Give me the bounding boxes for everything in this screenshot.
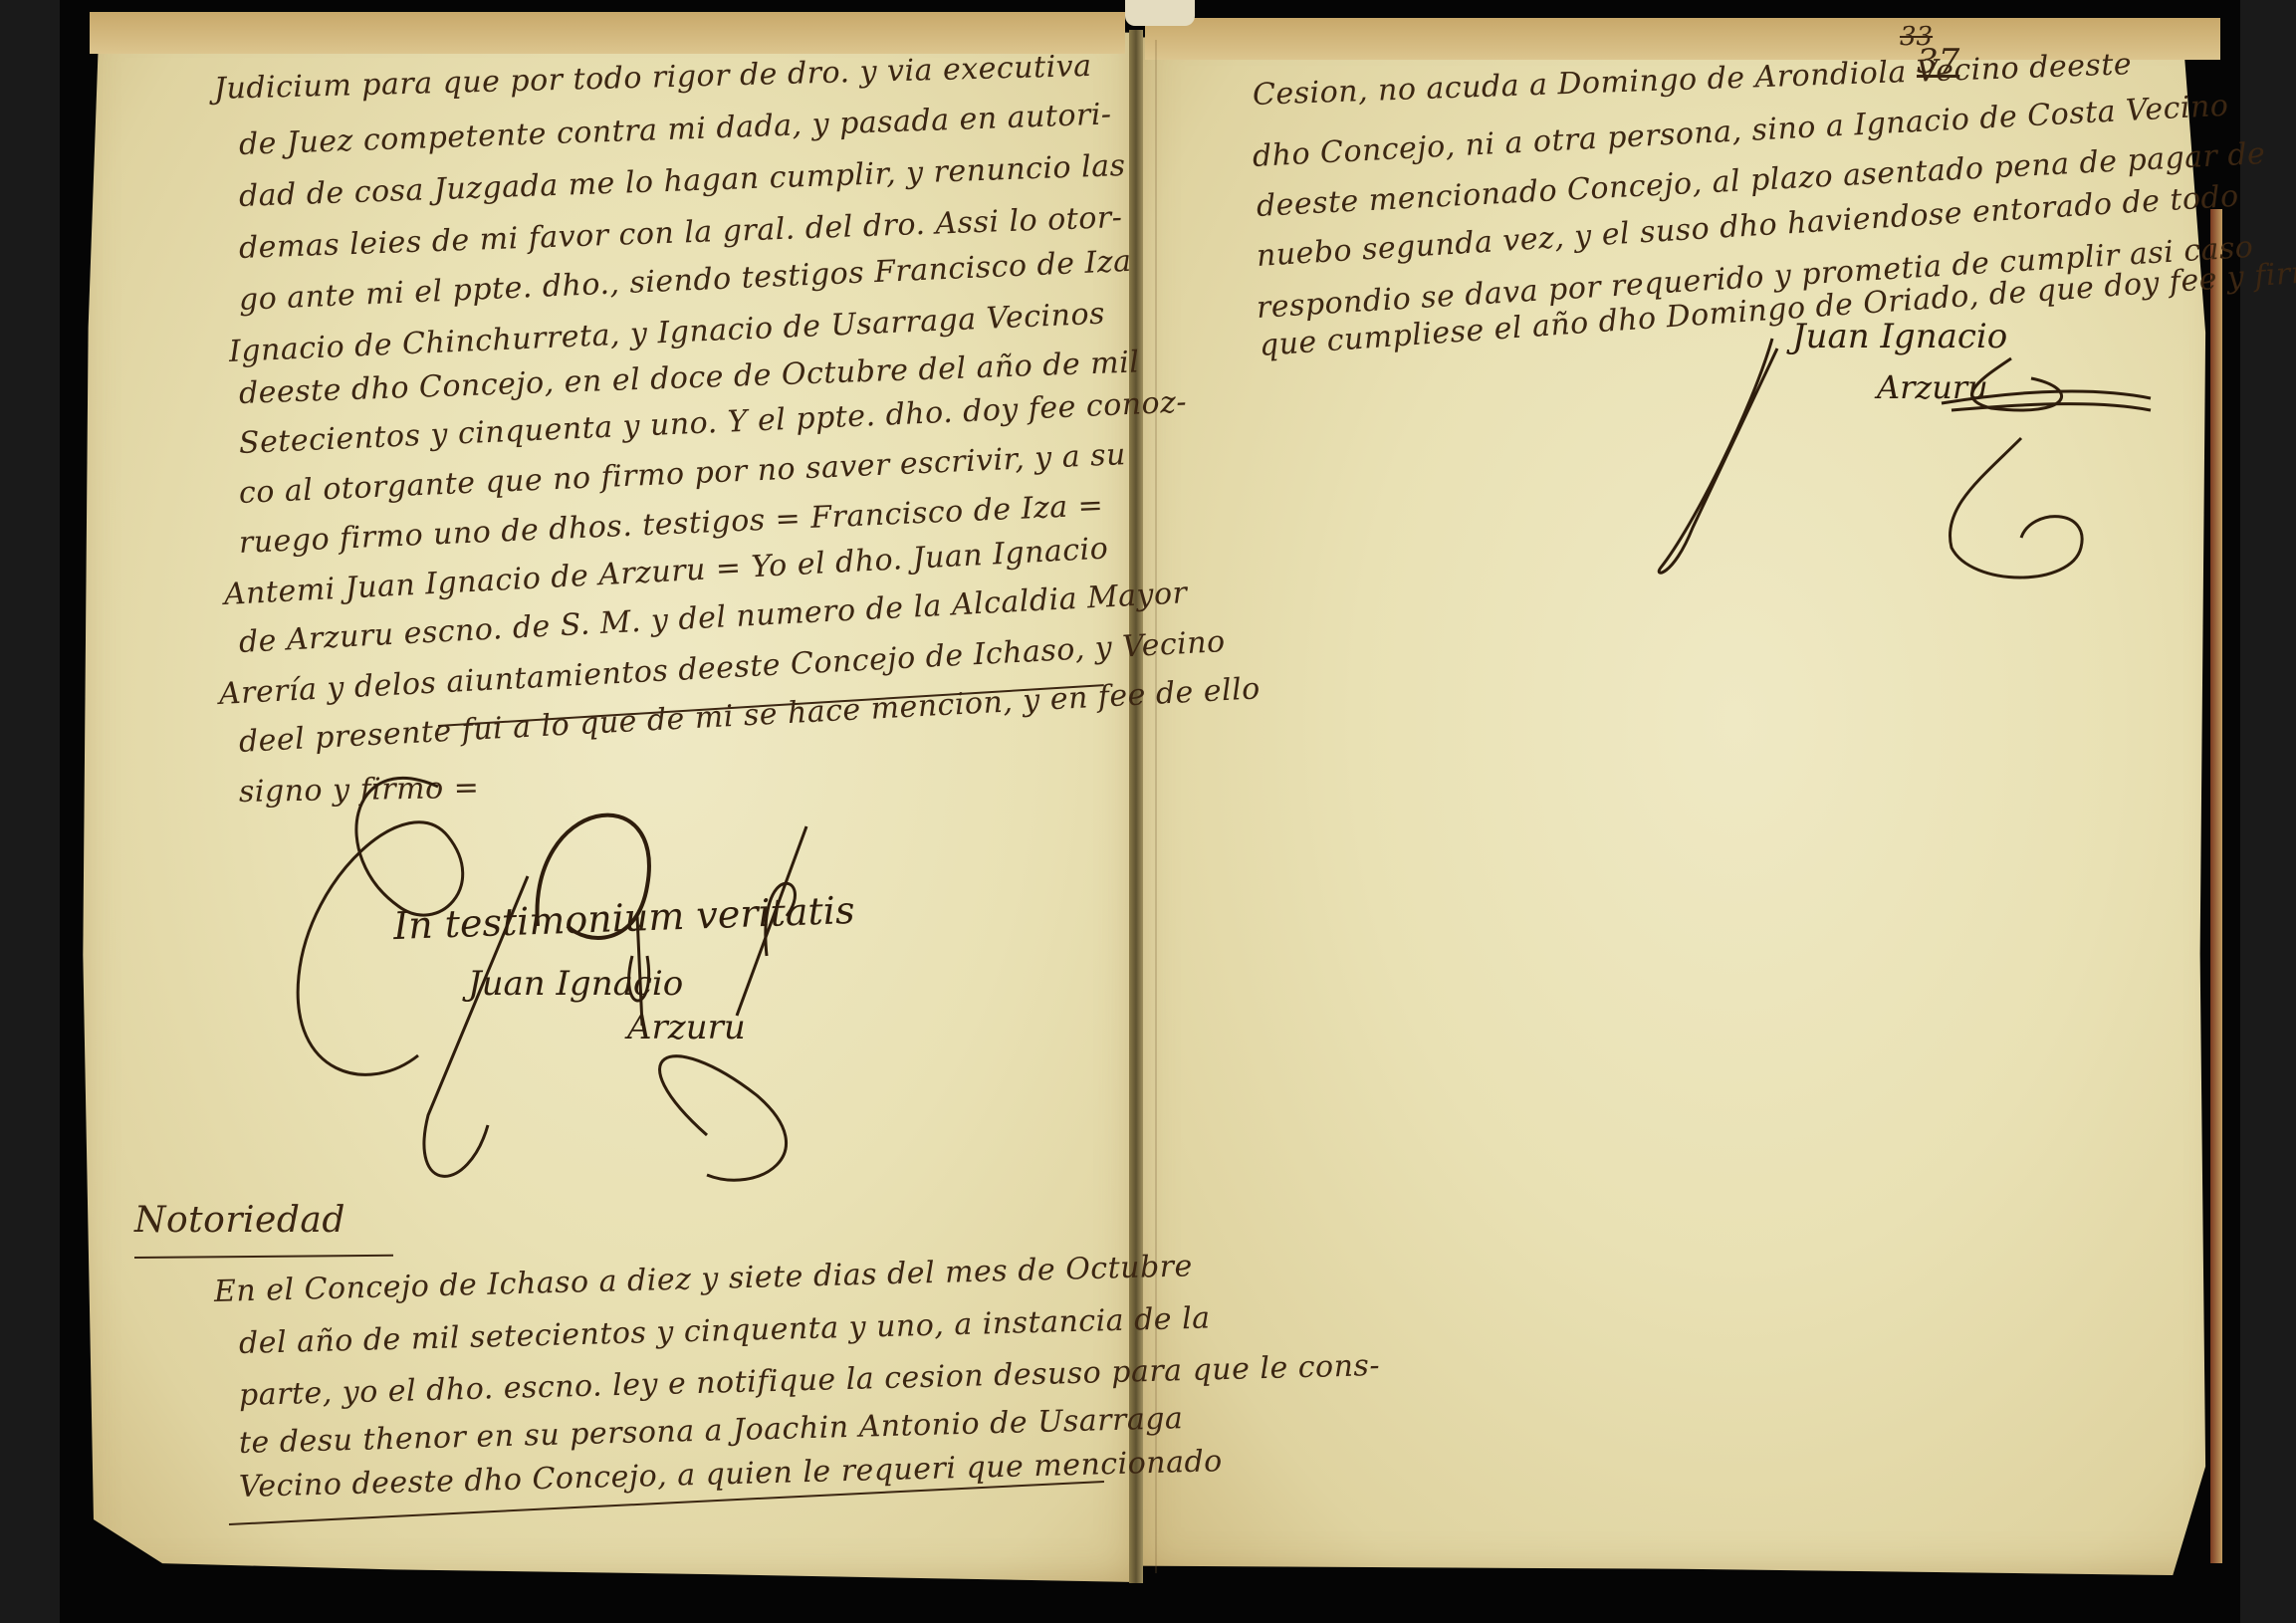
margin-heading: Notoriedad <box>134 1200 345 1241</box>
signature-name-surname: Arzuru <box>627 1008 746 1047</box>
right-sign-flourish <box>1653 329 2210 587</box>
right-page-edge <box>2210 209 2222 1563</box>
binding-tab <box>1125 0 1195 26</box>
notary-sign-flourish <box>289 757 1085 1195</box>
right-page-fold-line <box>1155 40 1157 1573</box>
right-signature-surname: Arzuru <box>1877 368 1988 406</box>
signature-name-first: Juan Ignacio <box>468 964 683 1004</box>
right-signature-first: Juan Ignacio <box>1792 317 2007 356</box>
left-page-top-edge <box>90 12 1125 54</box>
